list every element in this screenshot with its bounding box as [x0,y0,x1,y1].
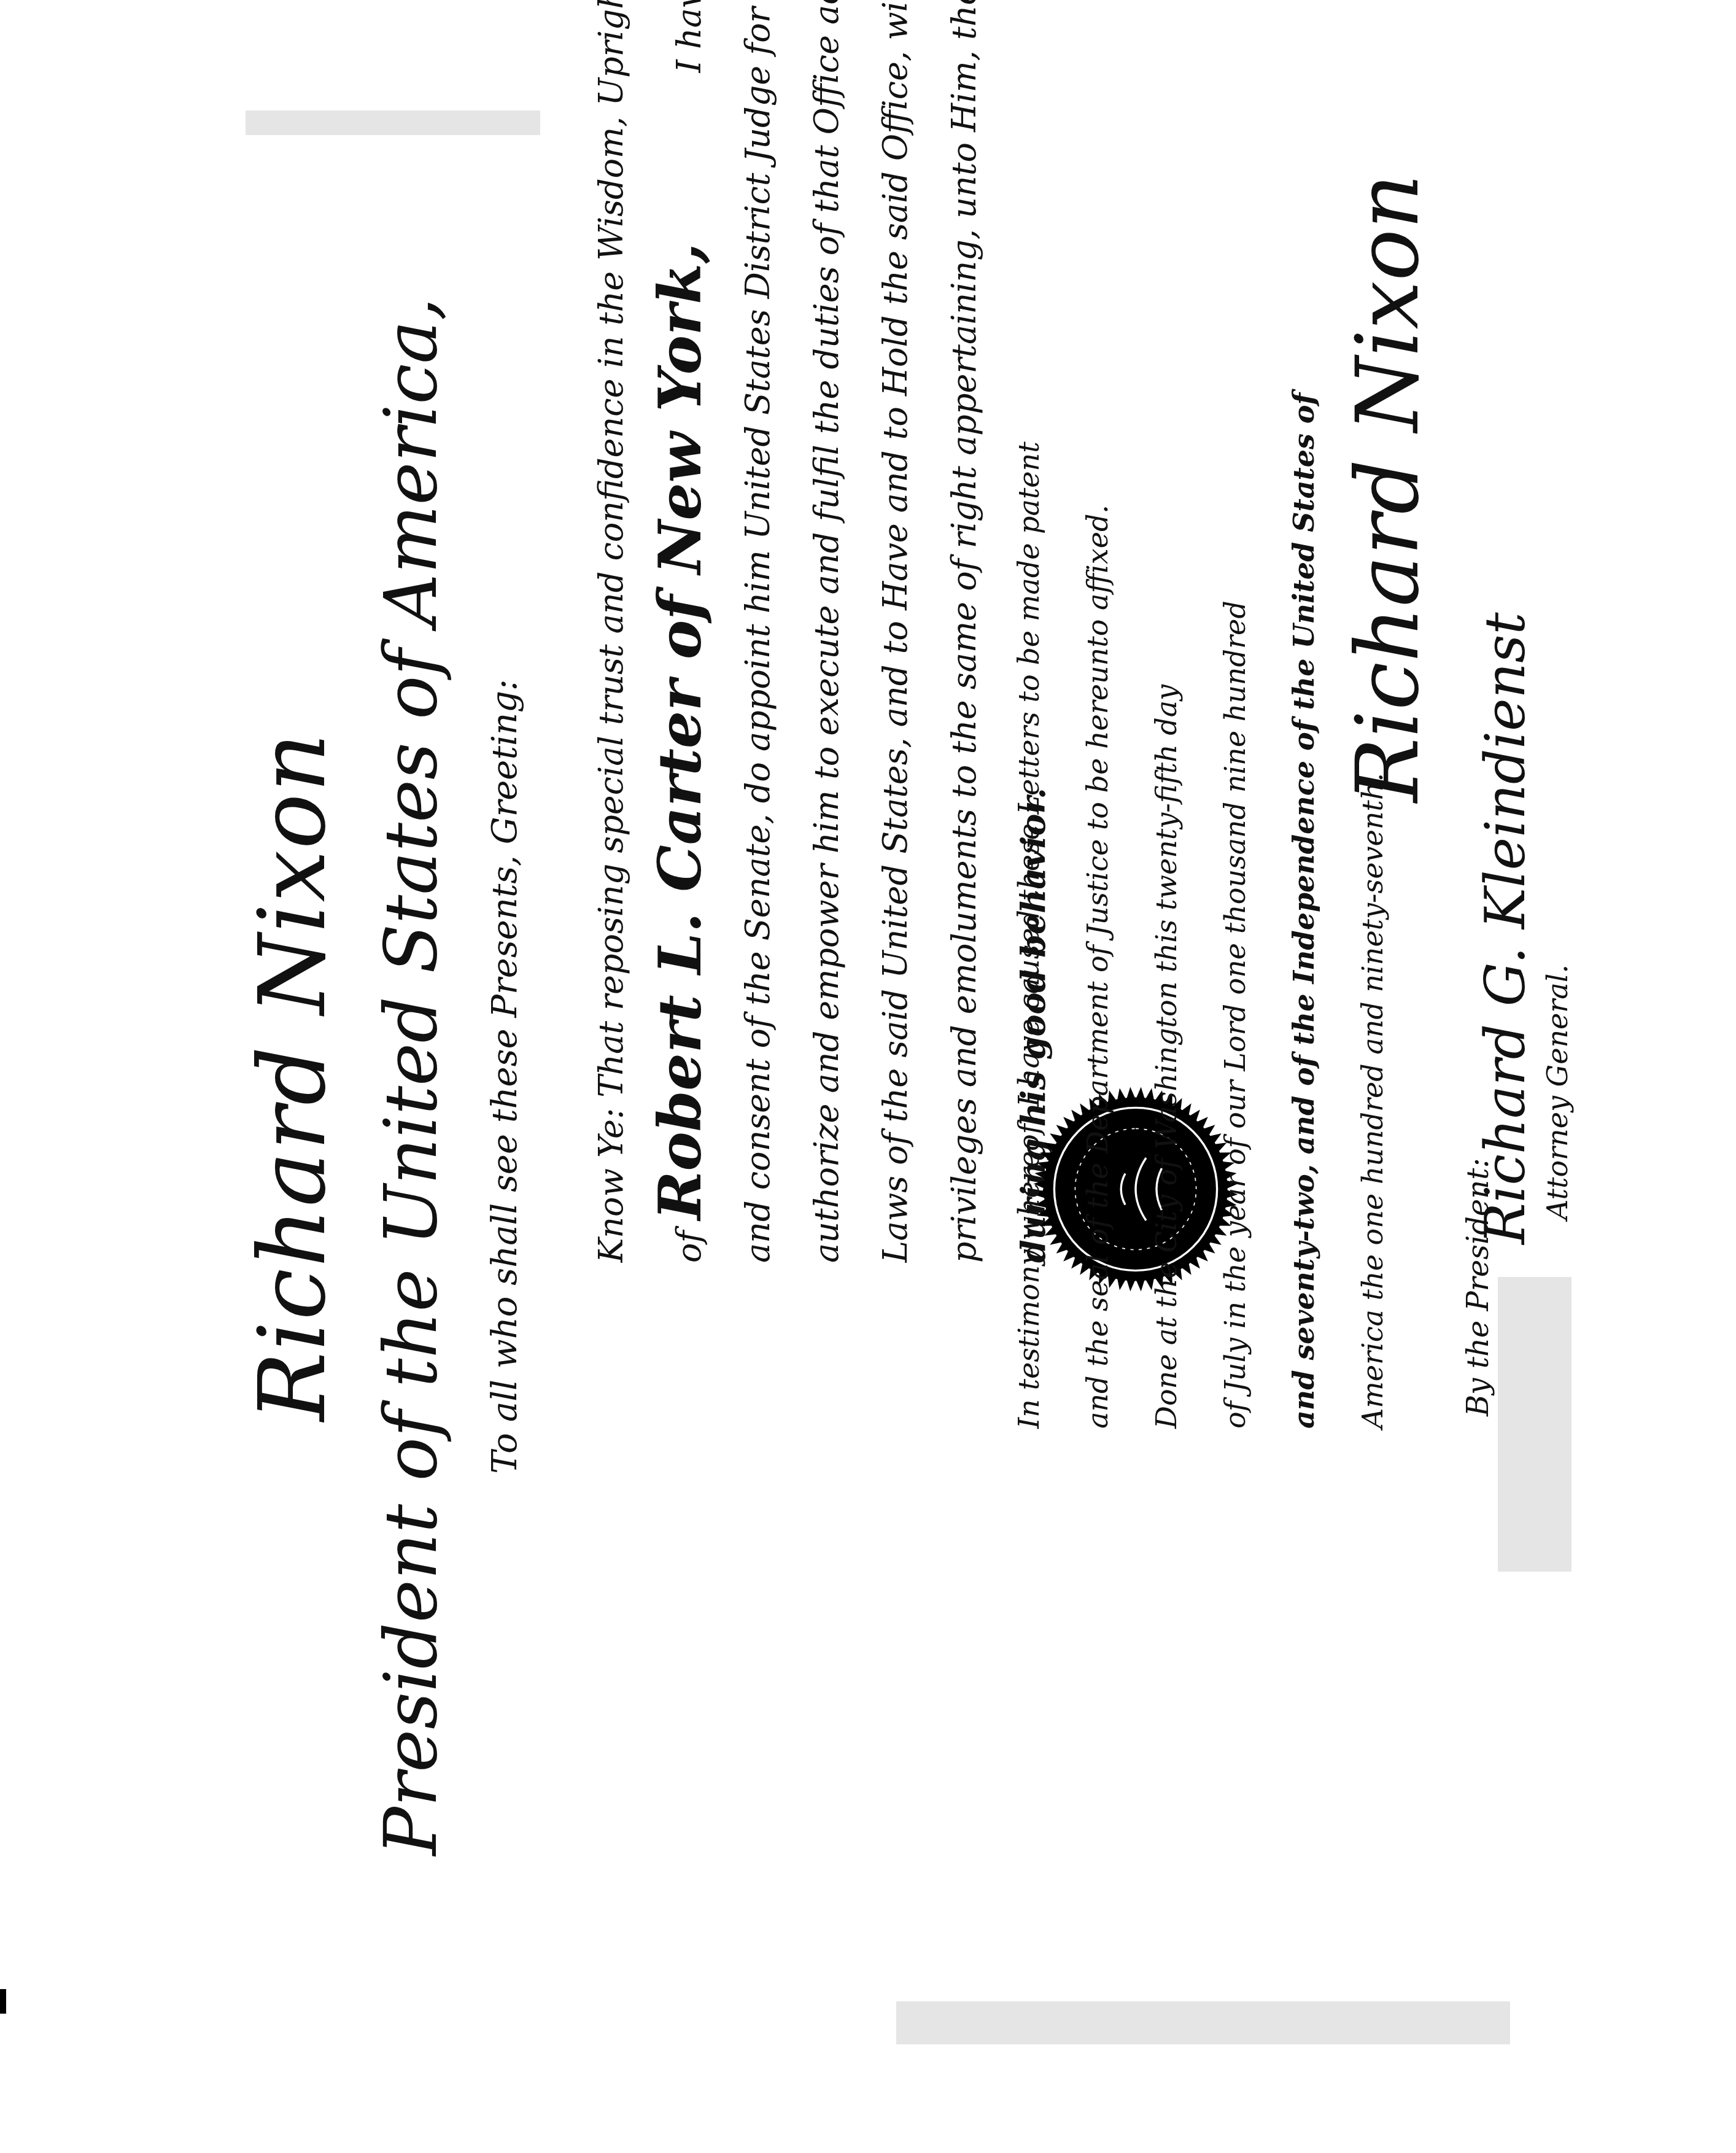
body-line-of: of [670,1231,708,1263]
scan-noise [1498,1277,1571,1572]
testimony-line: of July in the year of our Lord one thou… [1201,385,1269,1429]
president-name-heading: Richard Nixon [239,0,346,2153]
body-line: Laws of the said United States, and to H… [861,0,930,1263]
salutation: To all who shall see these Presents, Gre… [485,0,525,2153]
testimony-line: and seventy-two, and of the Independence… [1269,385,1338,1429]
attorney-general-title: Attorney General. [1541,964,1574,1220]
testimony-line: and the seal of the Department of Justic… [1063,385,1132,1429]
appointee-line: of Robert L. Carter of New York, I have … [646,0,724,1263]
rotated-commission: Richard Nixon President of the United St… [0,0,1736,2153]
scan-noise [246,111,540,135]
attorney-general-signature: Richard G. Kleindienst [1473,612,1538,1244]
body-line: privileges and emoluments to the same of… [930,0,999,1263]
scan-noise [896,2001,1510,2044]
testimony-line: In testimony whereof, I have caused thes… [994,385,1063,1429]
testimony-line: Done at the City of Washington this twen… [1132,385,1201,1429]
body-line: Know Ye: That reposing special trust and… [577,0,646,1263]
president-signature: Richard Nixon [1338,174,1438,802]
appointee-name: Robert L. Carter of New York, [646,243,715,1220]
document-page: Richard Nixon President of the United St… [0,0,1736,2153]
body-line: authorize and empower him to execute and… [792,0,861,1263]
body-line: I have nominated, and, by and with the a… [670,0,708,72]
scan-edge-mark [0,1989,6,2014]
body-line: and consent of the Senate, do appoint hi… [724,0,792,1263]
office-heading: President of the United States of Americ… [368,0,453,2153]
